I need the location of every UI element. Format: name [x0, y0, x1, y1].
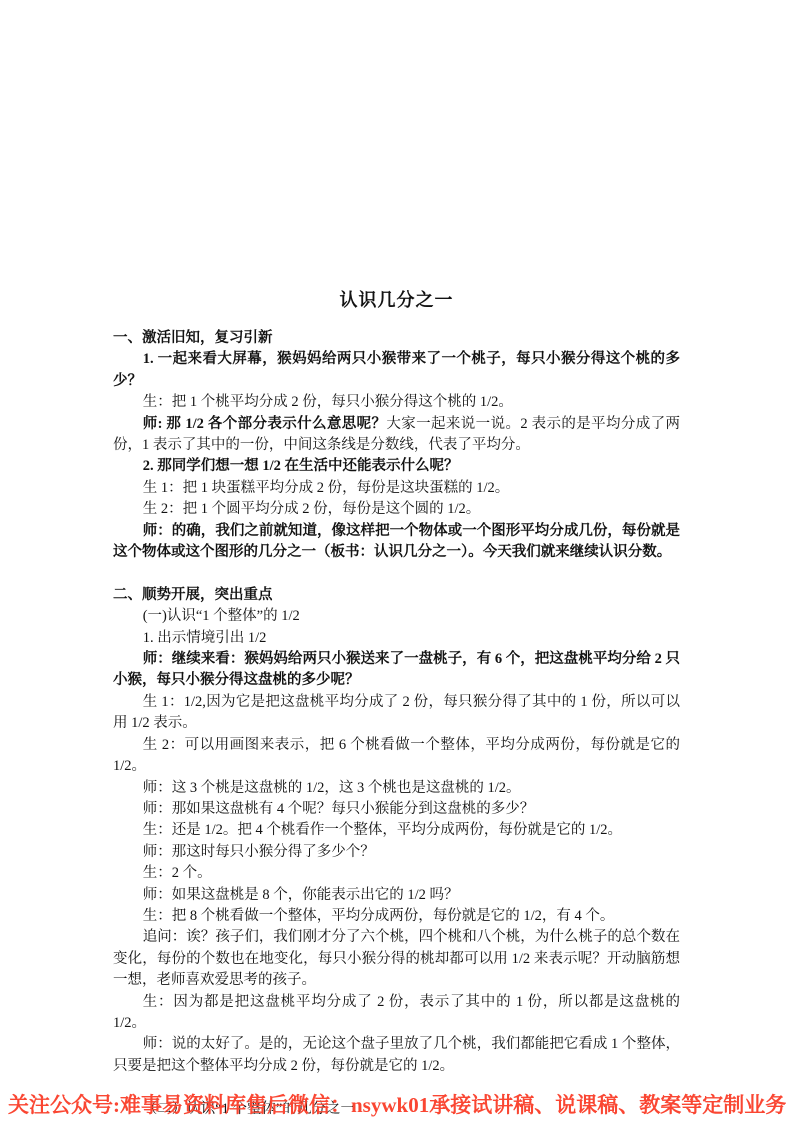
body-text: 生：把 1 个桃平均分成 2 份，每只小猴分得这个桃的 1/2。 [143, 394, 513, 410]
body-text: 生：2 个。 [143, 865, 212, 881]
doc-paragraph: 师：那这时每只小猴分得了多少个？ [113, 842, 680, 863]
doc-paragraph: 师：那如果这盘桃有 4 个呢？每只小猴能分到这盘桃的多少？ [113, 799, 680, 820]
page-title: 认识几分之一 [113, 287, 680, 313]
doc-paragraph: 生：因为都是把这盘桃平均分成了 2 份，表示了其中的 1 份，所以都是这盘桃的 … [113, 992, 680, 1035]
bold-text: 一、激活旧知，复习引新 [113, 330, 273, 346]
doc-paragraph: 生 2：把 1 个圆平均分成 2 份，每份是这个圆的 1/2。 [113, 499, 680, 520]
doc-paragraph: 追问：诶？孩子们，我们刚才分了六个桃，四个桃和八个桃，为什么桃子的总个数在变化，… [113, 927, 680, 991]
doc-paragraph: 生：把 8 个桃看做一个整体，平均分成两份，每份就是它的 1/2，有 4 个。 [113, 906, 680, 927]
body-text: 生 2：可以用画图来表示，把 6 个桃看做一个整体，平均分成两份，每份就是它的 … [113, 737, 680, 774]
body-text: 生：把 8 个桃看做一个整体，平均分成两份，每份就是它的 1/2，有 4 个。 [143, 908, 615, 924]
doc-paragraph: 生：还是 1/2。把 4 个桃看作一个整体，平均分成两份，每份就是它的 1/2。 [113, 820, 680, 841]
body-text: 师：这 3 个桃是这盘桃的 1/2，这 3 个桃也是这盘桃的 1/2。 [143, 780, 521, 796]
doc-paragraph: (一)认识“1 个整体”的 1/2 [113, 606, 680, 627]
footer-banner: 关注公众号:难事易资料库售后微信：nsywk01承接试讲稿、说课稿、教案等定制业… [8, 1092, 785, 1118]
bold-text: 师：的确，我们之前就知道，像这样把一个物体或一个图形平均分成几份，每份就是这个物… [113, 523, 680, 560]
doc-paragraph: 生 1：把 1 块蛋糕平均分成 2 份，每份是这块蛋糕的 1/2。 [113, 478, 680, 499]
footer-segment: 承接试讲稿、说课稿、教案等定制业务 [429, 1092, 786, 1118]
document-content: 认识几分之一 一、激活旧知，复习引新1. 一起来看大屏幕，猴妈妈给两只小猴带来了… [113, 287, 680, 1120]
body-text: 生：还是 1/2。把 4 个桃看作一个整体，平均分成两份，每份就是它的 1/2。 [143, 822, 622, 838]
bold-text: 1. 一起来看大屏幕，猴妈妈给两只小猴带来了一个桃子，每只小猴分得这个桃的多少？ [113, 351, 680, 388]
body-text: 师：如果这盘桃是 8 个，你能表示出它的 1/2 吗？ [143, 887, 459, 903]
body-text: 追问：诶？孩子们，我们刚才分了六个桃，四个桃和八个桃，为什么桃子的总个数在变化，… [113, 929, 680, 988]
doc-paragraph: 师：的确，我们之前就知道，像这样把一个物体或一个图形平均分成几份，每份就是这个物… [113, 521, 680, 564]
doc-paragraph: 二、顺势开展，突出重点 [113, 585, 680, 606]
doc-paragraph: 师: 那 1/2 各个部分表示什么意思呢？大家一起来说一说。2 表示的是平均分成… [113, 414, 680, 457]
bold-text: 师: 那 1/2 各个部分表示什么意思呢？ [143, 416, 387, 432]
body-text: (一)认识“1 个整体”的 1/2 [143, 608, 300, 624]
footer-segment: 售后微信：nsywk01 [246, 1092, 429, 1118]
bold-text: 二、顺势开展，突出重点 [113, 587, 273, 603]
doc-paragraph: 师：如果这盘桃是 8 个，你能表示出它的 1/2 吗？ [113, 885, 680, 906]
body-text: 生：因为都是把这盘桃平均分成了 2 份，表示了其中的 1 份，所以都是这盘桃的 … [113, 994, 680, 1031]
bold-text: 2. 那同学们想一想 1/2 在生活中还能表示什么呢？ [143, 458, 459, 474]
body-text: 生 2：把 1 个圆平均分成 2 份，每份是这个圆的 1/2。 [143, 501, 481, 517]
body-text: 师：那如果这盘桃有 4 个呢？每只小猴能分到这盘桃的多少？ [143, 801, 535, 817]
body-text: 师：那这时每只小猴分得了多少个？ [143, 844, 375, 860]
doc-paragraph: 1. 一起来看大屏幕，猴妈妈给两只小猴带来了一个桃子，每只小猴分得这个桃的多少？ [113, 349, 680, 392]
body-text: 生 1：把 1 块蛋糕平均分成 2 份，每份是这块蛋糕的 1/2。 [143, 480, 510, 496]
blank-line [113, 563, 680, 584]
document-body: 一、激活旧知，复习引新1. 一起来看大屏幕，猴妈妈给两只小猴带来了一个桃子，每只… [113, 328, 680, 1120]
doc-paragraph: 生：2 个。 [113, 863, 680, 884]
doc-paragraph: 师：说的太好了。是的，无论这个盘子里放了几个桃，我们都能把它看成 1 个整体，只… [113, 1034, 680, 1077]
doc-paragraph: 生 1：1/2,因为它是把这盘桃平均分成了 2 份，每只猴分得了其中的 1 份，… [113, 692, 680, 735]
doc-paragraph: 生：把 1 个桃平均分成 2 份，每只小猴分得这个桃的 1/2。 [113, 392, 680, 413]
document-page: 认识几分之一 一、激活旧知，复习引新1. 一起来看大屏幕，猴妈妈给两只小猴带来了… [0, 0, 793, 1122]
footer-segment: 关注公众号:难事易资料库 [8, 1092, 246, 1118]
body-text: 生 1：1/2,因为它是把这盘桃平均分成了 2 份，每只猴分得了其中的 1 份，… [113, 694, 680, 731]
bold-text: 师：继续来看：猴妈妈给两只小猴送来了一盘桃子，有 6 个，把这盘桃平均分给 2 … [113, 651, 680, 688]
doc-paragraph: 1. 出示情境引出 1/2 [113, 628, 680, 649]
doc-paragraph: 2. 那同学们想一想 1/2 在生活中还能表示什么呢？ [113, 456, 680, 477]
doc-paragraph: 师：继续来看：猴妈妈给两只小猴送来了一盘桃子，有 6 个，把这盘桃平均分给 2 … [113, 649, 680, 692]
body-text: 师：说的太好了。是的，无论这个盘子里放了几个桃，我们都能把它看成 1 个整体，只… [113, 1036, 680, 1073]
body-text: 1. 出示情境引出 1/2 [143, 630, 267, 646]
doc-paragraph: 一、激活旧知，复习引新 [113, 328, 680, 349]
doc-paragraph: 师：这 3 个桃是这盘桃的 1/2，这 3 个桃也是这盘桃的 1/2。 [113, 778, 680, 799]
doc-paragraph: 生 2：可以用画图来表示，把 6 个桃看做一个整体，平均分成两份，每份就是它的 … [113, 735, 680, 778]
